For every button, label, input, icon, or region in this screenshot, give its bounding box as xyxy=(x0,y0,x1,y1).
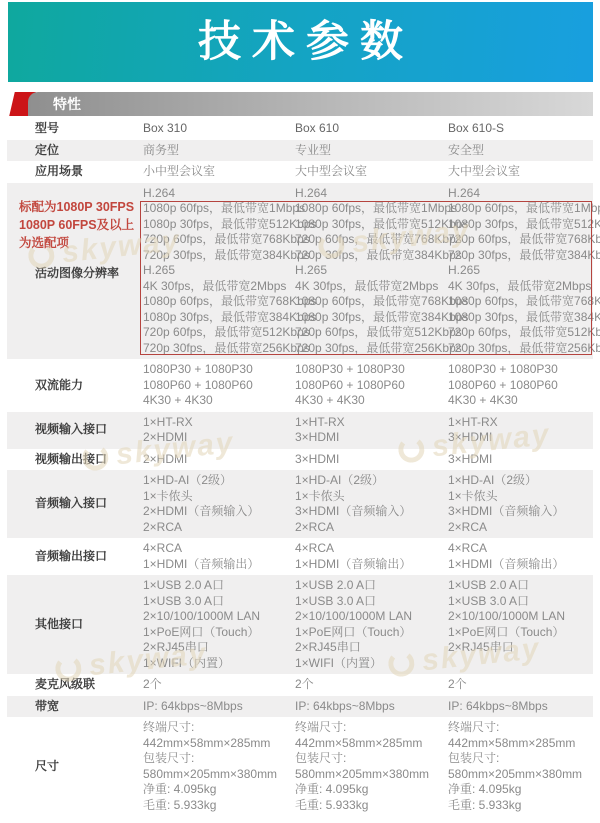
row-label: 其他接口 xyxy=(7,617,133,633)
spec-cell: 专业型 xyxy=(285,143,438,159)
table-row: 尺寸终端尺寸:442mm×58mm×285mm包装尺寸:580mm×205mm×… xyxy=(7,717,593,816)
spec-line: 1×WIFI（内置） xyxy=(295,656,438,672)
spec-line: 1080P60 + 1080P60 xyxy=(143,378,285,394)
spec-line: IP: 64kbps~8Mbps xyxy=(448,699,593,715)
spec-line: Box 610 xyxy=(295,121,438,137)
spec-line: 2×10/100/1000M LAN xyxy=(448,609,593,625)
spec-line: 1080P60 + 1080P60 xyxy=(448,378,593,394)
spec-cell: 终端尺寸:442mm×58mm×285mm包装尺寸:580mm×205mm×38… xyxy=(438,720,593,813)
spec-line: 1×HDMI（音频输出） xyxy=(143,557,285,573)
row-label: 活动图像分辨率 xyxy=(35,266,133,282)
spec-line: 1×USB 3.0 A口 xyxy=(448,594,593,610)
spec-line: 安全型 xyxy=(448,143,593,159)
spec-line: 2×10/100/1000M LAN xyxy=(143,609,285,625)
spec-line: 专业型 xyxy=(295,143,438,159)
row-label: 带宽 xyxy=(7,699,133,715)
spec-cell: 1×USB 2.0 A口1×USB 3.0 A口2×10/100/1000M L… xyxy=(438,578,593,656)
spec-table: 型号Box 310Box 610Box 610-S定位商务型专业型安全型应用场景… xyxy=(7,118,593,816)
spec-line: IP: 64kbps~8Mbps xyxy=(295,699,438,715)
spec-cell: Box 610-S xyxy=(438,121,593,137)
section-title: 特性 xyxy=(53,96,81,112)
spec-line: 1080P30 + 1080P30 xyxy=(448,362,593,378)
spec-line: 442mm×58mm×285mm xyxy=(295,736,438,752)
spec-line: 1×PoE网口（Touch） xyxy=(448,625,593,641)
table-row: 视频输入接口1×HT-RX2×HDMI1×HT-RX3×HDMI1×HT-RX3… xyxy=(7,412,593,449)
spec-line: 720p 60fps，最低带宽512Kbps xyxy=(448,325,600,341)
spec-line: 1080p 60fps，最低带宽1Mbps xyxy=(448,201,600,217)
spec-cell: IP: 64kbps~8Mbps xyxy=(438,699,593,715)
spec-line: 1×USB 2.0 A口 xyxy=(448,578,593,594)
spec-sheet-page: 技术参数 特性 型号Box 310Box 610Box 610-S定位商务型专业… xyxy=(0,0,600,823)
spec-line: 1080p 60fps，最低带宽768Kbps xyxy=(143,294,285,310)
table-row: 带宽IP: 64kbps~8MbpsIP: 64kbps~8MbpsIP: 64… xyxy=(7,696,593,718)
spec-line: 2×RCA xyxy=(143,520,285,536)
table-row: 音频输入接口1×HD-AI（2级）1×卡侬头2×HDMI（音频输入）2×RCA1… xyxy=(7,470,593,538)
spec-line: 3×HDMI xyxy=(448,452,593,468)
spec-cell: 小中型会议室 xyxy=(133,164,285,180)
spec-line: 1×HT-RX xyxy=(143,415,285,431)
spec-line: 净重: 4.095kg xyxy=(295,782,438,798)
spec-line: 2×HDMI（音频输入） xyxy=(143,504,285,520)
spec-line: H.265 xyxy=(143,263,285,279)
spec-line: 4K30 + 4K30 xyxy=(143,393,285,409)
spec-line: 2个 xyxy=(295,677,438,693)
spec-line: 1×HDMI（音频输出） xyxy=(295,557,438,573)
spec-line: 4×RCA xyxy=(448,541,593,557)
spec-line: 包装尺寸: xyxy=(448,751,593,767)
spec-cell: 终端尺寸:442mm×58mm×285mm包装尺寸:580mm×205mm×38… xyxy=(285,720,438,813)
spec-line: 2×RJ45串口 xyxy=(295,640,438,656)
spec-cell: 4×RCA1×HDMI（音频输出） xyxy=(285,541,438,572)
spec-line: 4K30 + 4K30 xyxy=(448,393,593,409)
note-line: 标配为1080P 30FPS xyxy=(19,198,133,216)
spec-cell: 2×HDMI xyxy=(133,452,285,468)
spec-line: 4K 30fps，最低带宽2Mbps xyxy=(448,279,600,295)
spec-line: 毛重: 5.933kg xyxy=(448,798,593,814)
spec-cell: 终端尺寸:442mm×58mm×285mm包装尺寸:580mm×205mm×38… xyxy=(133,720,285,813)
spec-line: 720p 30fps，最低带宽384Kbps xyxy=(448,248,600,264)
spec-line: 毛重: 5.933kg xyxy=(295,798,438,814)
spec-line: 720p 60fps，最低带宽768Kbps xyxy=(295,232,438,248)
spec-line: H.264 xyxy=(143,186,285,202)
table-row: 视频输出接口2×HDMI3×HDMI3×HDMI xyxy=(7,449,593,471)
spec-cell: 1×HD-AI（2级）1×卡侬头3×HDMI（音频输入）2×RCA xyxy=(438,473,593,535)
spec-line: 1080p 30fps，最低带宽384Kbps xyxy=(295,310,438,326)
spec-line: 2×RCA xyxy=(448,520,593,536)
spec-line: 720p 30fps，最低带宽256Kbps xyxy=(448,341,600,357)
note-line: 1080P 60FPS及以上 xyxy=(19,216,133,234)
spec-line: 终端尺寸: xyxy=(295,720,438,736)
spec-line: Box 610-S xyxy=(448,121,593,137)
spec-cell: 2个 xyxy=(438,677,593,693)
spec-cell: 2个 xyxy=(133,677,285,693)
spec-line: 720p 60fps，最低带宽768Kbps xyxy=(448,232,600,248)
spec-line: 终端尺寸: xyxy=(143,720,285,736)
spec-cell: Box 310 xyxy=(133,121,285,137)
spec-line: Box 310 xyxy=(143,121,285,137)
row-label: 定位 xyxy=(7,143,133,159)
row-label: 麦克风级联 xyxy=(7,677,133,693)
row-label: 视频输出接口 xyxy=(7,452,133,468)
spec-line: 1×USB 2.0 A口 xyxy=(143,578,285,594)
spec-line: 720p 60fps，最低带宽512Kbps xyxy=(143,325,285,341)
spec-line: H.264 xyxy=(448,186,600,202)
spec-cell: 安全型 xyxy=(438,143,593,159)
spec-cell: 1×USB 2.0 A口1×USB 3.0 A口2×10/100/1000M L… xyxy=(133,578,285,671)
spec-line: 终端尺寸: xyxy=(448,720,593,736)
spec-line: 4K 30fps，最低带宽2Mbps xyxy=(295,279,438,295)
row-label-cell: 标配为1080P 30FPS1080P 60FPS及以上为选配项活动图像分辨率 xyxy=(7,186,133,282)
spec-line: 580mm×205mm×380mm xyxy=(295,767,438,783)
spec-line: 1×HD-AI（2级） xyxy=(448,473,593,489)
spec-line: 442mm×58mm×285mm xyxy=(448,736,593,752)
spec-cell: H.2641080p 60fps，最低带宽1Mbps1080p 30fps，最低… xyxy=(285,186,438,357)
page-title: 技术参数 xyxy=(187,21,414,64)
spec-line: 商务型 xyxy=(143,143,285,159)
standard-config-note: 标配为1080P 30FPS1080P 60FPS及以上为选配项 xyxy=(19,198,133,252)
spec-line: 1×HD-AI（2级） xyxy=(295,473,438,489)
spec-cell: 1080P30 + 1080P301080P60 + 1080P604K30 +… xyxy=(285,362,438,409)
spec-line: 1×WIFI（内置） xyxy=(143,656,285,672)
spec-cell: 1×USB 2.0 A口1×USB 3.0 A口2×10/100/1000M L… xyxy=(285,578,438,671)
spec-line: 720p 30fps，最低带宽384Kbps xyxy=(295,248,438,264)
row-label: 双流能力 xyxy=(7,378,133,394)
spec-line: 1080p 60fps，最低带宽1Mbps xyxy=(295,201,438,217)
spec-line: 2个 xyxy=(143,677,285,693)
spec-cell: 1080P30 + 1080P301080P60 + 1080P604K30 +… xyxy=(133,362,285,409)
spec-cell: 4×RCA1×HDMI（音频输出） xyxy=(438,541,593,572)
table-row: 应用场景小中型会议室大中型会议室大中型会议室 xyxy=(7,161,593,183)
spec-line: 2×RJ45串口 xyxy=(143,640,285,656)
spec-line: 2×RCA xyxy=(295,520,438,536)
spec-line: 3×HDMI xyxy=(295,452,438,468)
note-line: 为选配项 xyxy=(19,234,133,252)
spec-cell: 大中型会议室 xyxy=(285,164,438,180)
spec-line: 1080p 30fps，最低带宽512Kbps xyxy=(295,217,438,233)
table-row: 标配为1080P 30FPS1080P 60FPS及以上为选配项活动图像分辨率H… xyxy=(7,183,593,360)
spec-line: 2×RJ45串口 xyxy=(448,640,593,656)
spec-cell: 商务型 xyxy=(133,143,285,159)
spec-cell: 1080P30 + 1080P301080P60 + 1080P604K30 +… xyxy=(438,362,593,409)
spec-line: 1080P30 + 1080P30 xyxy=(295,362,438,378)
spec-line: 720p 60fps，最低带宽768Kbps xyxy=(143,232,285,248)
spec-line: H.265 xyxy=(448,263,600,279)
spec-line: 小中型会议室 xyxy=(143,164,285,180)
spec-cell: 1×HT-RX3×HDMI xyxy=(438,415,593,446)
spec-cell: 3×HDMI xyxy=(438,452,593,468)
spec-cell: 1×HD-AI（2级）1×卡侬头2×HDMI（音频输入）2×RCA xyxy=(133,473,285,535)
spec-line: 1080p 30fps，最低带宽512Kbps xyxy=(143,217,285,233)
spec-line: 1×HDMI（音频输出） xyxy=(448,557,593,573)
spec-line: 1080P30 + 1080P30 xyxy=(143,362,285,378)
title-banner: 技术参数 xyxy=(8,2,593,82)
section-title-bar: 特性 xyxy=(28,92,593,116)
row-label: 音频输入接口 xyxy=(7,496,133,512)
spec-cell: 1×HD-AI（2级）1×卡侬头3×HDMI（音频输入）2×RCA xyxy=(285,473,438,535)
spec-line: 1×HT-RX xyxy=(295,415,438,431)
spec-cell: 1×HT-RX3×HDMI xyxy=(285,415,438,446)
spec-cell: 大中型会议室 xyxy=(438,164,593,180)
spec-line: H.265 xyxy=(295,263,438,279)
row-label: 音频输出接口 xyxy=(7,549,133,565)
spec-line: 1×卡侬头 xyxy=(448,489,593,505)
row-label: 应用场景 xyxy=(7,164,133,180)
spec-line: IP: 64kbps~8Mbps xyxy=(143,699,285,715)
table-row: 音频输出接口4×RCA1×HDMI（音频输出）4×RCA1×HDMI（音频输出）… xyxy=(7,538,593,575)
spec-line: 1×PoE网口（Touch） xyxy=(143,625,285,641)
spec-line: 1×USB 2.0 A口 xyxy=(295,578,438,594)
table-row: 型号Box 310Box 610Box 610-S xyxy=(7,118,593,140)
spec-line: 1×USB 3.0 A口 xyxy=(143,594,285,610)
spec-cell: 3×HDMI xyxy=(285,452,438,468)
spec-line: 720p 30fps，最低带宽384Kbps xyxy=(143,248,285,264)
spec-line: H.264 xyxy=(295,186,438,202)
spec-line: 大中型会议室 xyxy=(448,164,593,180)
spec-line: 2个 xyxy=(448,677,593,693)
spec-cell: Box 610 xyxy=(285,121,438,137)
spec-line: 包装尺寸: xyxy=(295,751,438,767)
spec-line: 净重: 4.095kg xyxy=(143,782,285,798)
spec-line: 净重: 4.095kg xyxy=(448,782,593,798)
spec-cell: H.2641080p 60fps，最低带宽1Mbps1080p 30fps，最低… xyxy=(438,186,600,357)
spec-line: 2×10/100/1000M LAN xyxy=(295,609,438,625)
spec-line: 1080p 30fps，最低带宽384Kbps xyxy=(143,310,285,326)
spec-line: 3×HDMI（音频输入） xyxy=(448,504,593,520)
spec-line: 1080p 60fps，最低带宽1Mbps xyxy=(143,201,285,217)
spec-line: 1×卡侬头 xyxy=(295,489,438,505)
spec-line: 2×HDMI xyxy=(143,430,285,446)
spec-line: 毛重: 5.933kg xyxy=(143,798,285,814)
spec-line: 3×HDMI（音频输入） xyxy=(295,504,438,520)
spec-line: 大中型会议室 xyxy=(295,164,438,180)
spec-line: 1080P60 + 1080P60 xyxy=(295,378,438,394)
spec-line: 442mm×58mm×285mm xyxy=(143,736,285,752)
spec-cell: 2个 xyxy=(285,677,438,693)
spec-line: 包装尺寸: xyxy=(143,751,285,767)
table-row: 定位商务型专业型安全型 xyxy=(7,140,593,162)
spec-line: 4×RCA xyxy=(143,541,285,557)
spec-line: 1×HT-RX xyxy=(448,415,593,431)
row-label: 尺寸 xyxy=(7,759,133,775)
spec-line: 3×HDMI xyxy=(448,430,593,446)
table-row: 麦克风级联2个2个2个 xyxy=(7,674,593,696)
section-header: 特性 xyxy=(7,92,593,116)
table-row: 其他接口1×USB 2.0 A口1×USB 3.0 A口2×10/100/100… xyxy=(7,575,593,674)
row-label: 视频输入接口 xyxy=(7,422,133,438)
spec-line: 4×RCA xyxy=(295,541,438,557)
spec-line: 1080p 30fps，最低带宽384Kbps xyxy=(448,310,600,326)
spec-line: 1×USB 3.0 A口 xyxy=(295,594,438,610)
spec-line: 1080p 60fps，最低带宽768Kbps xyxy=(448,294,600,310)
spec-line: 1080p 60fps，最低带宽768Kbps xyxy=(295,294,438,310)
spec-line: 720p 30fps，最低带宽256Kbps xyxy=(143,341,285,357)
table-row: 双流能力1080P30 + 1080P301080P60 + 1080P604K… xyxy=(7,359,593,412)
spec-line: 3×HDMI xyxy=(295,430,438,446)
spec-line: 580mm×205mm×380mm xyxy=(448,767,593,783)
spec-cell: 4×RCA1×HDMI（音频输出） xyxy=(133,541,285,572)
spec-cell: IP: 64kbps~8Mbps xyxy=(285,699,438,715)
spec-line: 1×PoE网口（Touch） xyxy=(295,625,438,641)
spec-line: 1080p 30fps，最低带宽512Kbps xyxy=(448,217,600,233)
spec-line: 720p 30fps，最低带宽256Kbps xyxy=(295,341,438,357)
spec-line: 720p 60fps，最低带宽512Kbps xyxy=(295,325,438,341)
spec-line: 4K30 + 4K30 xyxy=(295,393,438,409)
spec-cell: H.2641080p 60fps，最低带宽1Mbps1080p 30fps，最低… xyxy=(133,186,285,357)
spec-line: 1×卡侬头 xyxy=(143,489,285,505)
spec-line: 580mm×205mm×380mm xyxy=(143,767,285,783)
spec-line: 2×HDMI xyxy=(143,452,285,468)
spec-line: 4K 30fps，最低带宽2Mbps xyxy=(143,279,285,295)
spec-cell: IP: 64kbps~8Mbps xyxy=(133,699,285,715)
spec-cell: 1×HT-RX2×HDMI xyxy=(133,415,285,446)
row-label: 型号 xyxy=(7,121,133,137)
spec-line: 1×HD-AI（2级） xyxy=(143,473,285,489)
